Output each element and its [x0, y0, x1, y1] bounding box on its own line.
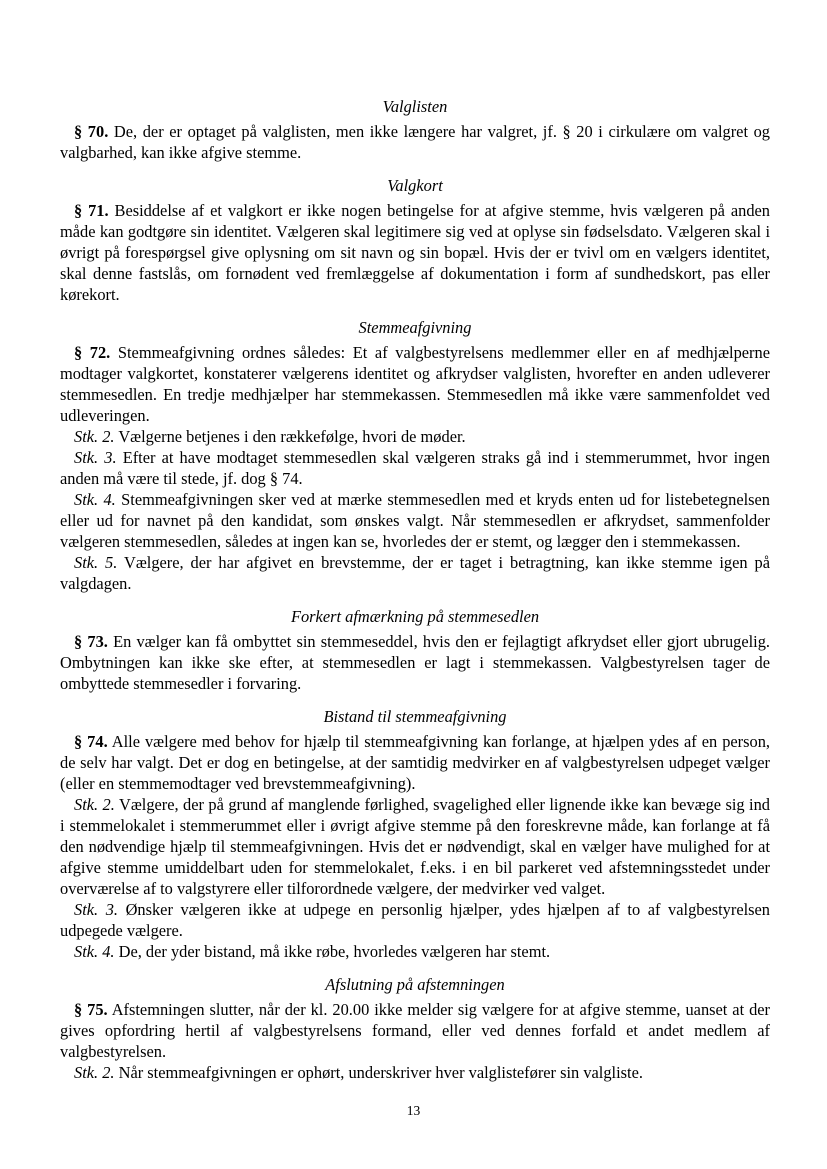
paragraph-72-stk-4: Stk. 4. Stemmeafgivningen sker ved at mæ…: [60, 489, 770, 552]
paragraph-75: § 75. Afstemningen slutter, når der kl. …: [60, 999, 770, 1062]
section-ref-71: § 71.: [74, 201, 109, 220]
section-heading-valgkort: Valgkort: [60, 175, 770, 196]
subsection-ref-74-stk-4: Stk. 4.: [74, 942, 115, 961]
paragraph-74-text: Alle vælgere med behov for hjælp til ste…: [60, 732, 770, 793]
section-valglisten: Valglisten § 70. De, der er optaget på v…: [60, 96, 770, 163]
paragraph-72-stk-3-text: Efter at have modtaget stemmesedlen skal…: [60, 448, 770, 488]
paragraph-72-text: Stemmeafgivning ordnes således: Et af va…: [60, 343, 770, 425]
paragraph-74: § 74. Alle vælgere med behov for hjælp t…: [60, 731, 770, 794]
section-heading-forkert-afmaerkning: Forkert afmærkning på stemmesedlen: [60, 606, 770, 627]
subsection-ref-75-stk-2: Stk. 2.: [74, 1063, 115, 1082]
section-heading-afslutning: Afslutning på afstemningen: [60, 974, 770, 995]
section-heading-valglisten: Valglisten: [60, 96, 770, 117]
paragraph-72-stk-3: Stk. 3. Efter at have modtaget stemmesed…: [60, 447, 770, 489]
subsection-ref-74-stk-3: Stk. 3.: [74, 900, 118, 919]
paragraph-74-stk-4: Stk. 4. De, der yder bistand, må ikke rø…: [60, 941, 770, 962]
paragraph-72-stk-5-text: Vælgere, der har afgivet en brevstemme, …: [60, 553, 770, 593]
paragraph-73: § 73. En vælger kan få ombyttet sin stem…: [60, 631, 770, 694]
section-ref-75: § 75.: [74, 1000, 108, 1019]
subsection-ref-72-stk-2: Stk. 2.: [74, 427, 115, 446]
paragraph-71: § 71. Besiddelse af et valgkort er ikke …: [60, 200, 770, 305]
paragraph-75-text: Afstemningen slutter, når der kl. 20.00 …: [60, 1000, 770, 1061]
paragraph-70: § 70. De, der er optaget på valglisten, …: [60, 121, 770, 163]
subsection-ref-72-stk-5: Stk. 5.: [74, 553, 117, 572]
subsection-ref-72-stk-3: Stk. 3.: [74, 448, 117, 467]
section-ref-72: § 72.: [74, 343, 110, 362]
paragraph-74-stk-4-text: De, der yder bistand, må ikke røbe, hvor…: [119, 942, 551, 961]
section-forkert-afmaerkning: Forkert afmærkning på stemmesedlen § 73.…: [60, 606, 770, 694]
section-ref-74: § 74.: [74, 732, 108, 751]
subsection-ref-72-stk-4: Stk. 4.: [74, 490, 116, 509]
section-valgkort: Valgkort § 71. Besiddelse af et valgkort…: [60, 175, 770, 305]
paragraph-72-stk-4-text: Stemmeafgivningen sker ved at mærke stem…: [60, 490, 770, 551]
section-ref-70: § 70.: [74, 122, 108, 141]
section-afslutning: Afslutning på afstemningen § 75. Afstemn…: [60, 974, 770, 1083]
paragraph-72: § 72. Stemmeafgivning ordnes således: Et…: [60, 342, 770, 426]
section-heading-bistand: Bistand til stemmeafgivning: [60, 706, 770, 727]
paragraph-73-text: En vælger kan få ombyttet sin stemmesedd…: [60, 632, 770, 693]
paragraph-72-stk-2-text: Vælgerne betjenes i den rækkefølge, hvor…: [118, 427, 465, 446]
paragraph-72-stk-5: Stk. 5. Vælgere, der har afgivet en brev…: [60, 552, 770, 594]
section-bistand: Bistand til stemmeafgivning § 74. Alle v…: [60, 706, 770, 962]
paragraph-75-stk-2-text: Når stemmeafgivningen er ophørt, undersk…: [119, 1063, 643, 1082]
paragraph-71-text: Besiddelse af et valgkort er ikke nogen …: [60, 201, 770, 304]
paragraph-70-text: De, der er optaget på valglisten, men ik…: [60, 122, 770, 162]
section-ref-73: § 73.: [74, 632, 108, 651]
paragraph-74-stk-3: Stk. 3. Ønsker vælgeren ikke at udpege e…: [60, 899, 770, 941]
paragraph-74-stk-3-text: Ønsker vælgeren ikke at udpege en person…: [60, 900, 770, 940]
subsection-ref-74-stk-2: Stk. 2.: [74, 795, 115, 814]
section-stemmeafgivning: Stemmeafgivning § 72. Stemmeafgivning or…: [60, 317, 770, 594]
page-number: 13: [0, 1103, 827, 1119]
paragraph-74-stk-2: Stk. 2. Vælgere, der på grund af manglen…: [60, 794, 770, 899]
document-page: Valglisten § 70. De, der er optaget på v…: [0, 0, 827, 1169]
paragraph-75-stk-2: Stk. 2. Når stemmeafgivningen er ophørt,…: [60, 1062, 770, 1083]
section-heading-stemmeafgivning: Stemmeafgivning: [60, 317, 770, 338]
paragraph-74-stk-2-text: Vælgere, der på grund af manglende førli…: [60, 795, 770, 898]
paragraph-72-stk-2: Stk. 2. Vælgerne betjenes i den rækkeføl…: [60, 426, 770, 447]
